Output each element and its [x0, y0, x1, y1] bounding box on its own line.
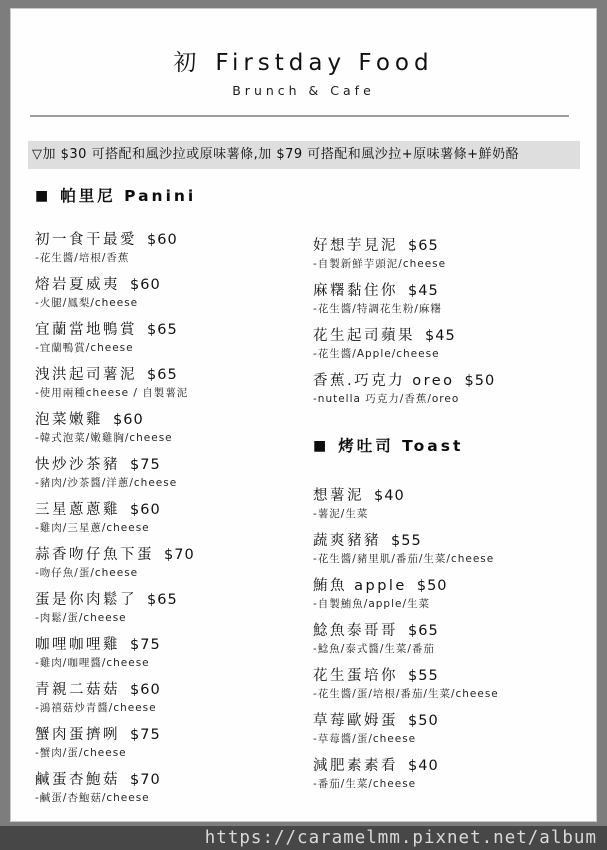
- header-divider: [30, 115, 569, 117]
- menu-item-name: 初一食干最愛: [35, 232, 137, 248]
- menu-item-name: 洩洪起司薯泥: [35, 367, 137, 383]
- menu-item-ingredients: -番茄/生菜/cheese: [313, 778, 597, 790]
- menu-item-price: $75: [130, 637, 161, 653]
- menu-item-ingredients: -豬肉/沙茶醬/洋蔥/cheese: [35, 477, 303, 489]
- menu-item-name: 青親二菇菇: [35, 682, 120, 698]
- menu-item-name: 好想芋見泥: [313, 238, 398, 254]
- menu-item-name-line: 泡菜嫩雞$60: [35, 412, 303, 428]
- menu-item-name-line: 好想芋見泥$65: [313, 238, 597, 254]
- shop-title-zh: 初: [173, 50, 201, 76]
- menu-columns: ■帕里尼 Panini 初一食干最愛$60 -花生醬/培根/香蕉 熔岩夏威夷$6…: [10, 185, 597, 817]
- menu-item-ingredients: -鹹蛋/杏鮑菇/cheese: [35, 792, 303, 804]
- menu-item-name-line: 蔬爽豬豬$55: [313, 533, 597, 549]
- menu-item-name-line: 鮪魚 apple$50: [313, 578, 597, 594]
- square-bullet-icon: ■: [313, 438, 329, 454]
- menu-item: 泡菜嫩雞$60 -韓式泡菜/嫩雞胸/cheese: [35, 412, 303, 444]
- menu-item-name: 快炒沙茶豬: [35, 457, 120, 473]
- menu-item: 洩洪起司薯泥$65 -使用兩種cheese / 自製薯泥: [35, 367, 303, 399]
- menu-item-name-line: 蟹肉蛋擠咧$75: [35, 727, 303, 743]
- menu-item-name: 鮪魚 apple: [313, 578, 407, 594]
- menu-item-price: $75: [130, 457, 161, 473]
- menu-item-name: 麻糬黏住你: [313, 283, 398, 299]
- menu-item: 三星蔥蔥雞$60 -雞肉/三星蔥/cheese: [35, 502, 303, 534]
- section-title-toast: ■烤吐司 Toast: [313, 435, 597, 458]
- menu-item-name: 想薯泥: [313, 488, 364, 504]
- menu-item: 香蕉.巧克力 oreo$50 -nutella 巧克力/香蕉/oreo: [313, 373, 597, 405]
- menu-item-ingredients: -薯泥/生菜: [313, 508, 597, 520]
- menu-item-ingredients: -雞肉/三星蔥/cheese: [35, 522, 303, 534]
- menu-item: 宜蘭當地鴨賞$65 -宜蘭鴨賞/cheese: [35, 322, 303, 354]
- menu-item: 花生蛋培你$55 -花生醬/蛋/培根/番茄/生菜/cheese: [313, 668, 597, 700]
- menu-item-price: $40: [408, 758, 439, 774]
- menu-page: 初Firstday Food Brunch & Cafe ▽加 $30 可搭配和…: [10, 8, 597, 822]
- menu-item-name: 花生起司蘋果: [313, 328, 415, 344]
- shop-title: 初Firstday Food: [10, 48, 597, 78]
- menu-item-name-line: 鯰魚泰哥哥$65: [313, 623, 597, 639]
- menu-item-name-line: 青親二菇菇$60: [35, 682, 303, 698]
- shop-subtitle: Brunch & Cafe: [10, 83, 597, 99]
- menu-item: 想薯泥$40 -薯泥/生菜: [313, 488, 597, 520]
- menu-item-price: $60: [130, 502, 161, 518]
- menu-item-name-line: 草莓歐姆蛋$50: [313, 713, 597, 729]
- section-title-toast-label: 烤吐司 Toast: [338, 437, 463, 455]
- menu-item-price: $60: [130, 277, 161, 293]
- menu-item: 快炒沙茶豬$75 -豬肉/沙茶醬/洋蔥/cheese: [35, 457, 303, 489]
- menu-item-price: $65: [408, 238, 439, 254]
- menu-item-ingredients: -雞肉/咖哩醬/cheese: [35, 657, 303, 669]
- menu-item-price: $70: [164, 547, 195, 563]
- menu-item-ingredients: -花生醬/培根/香蕉: [35, 252, 303, 264]
- menu-item-ingredients: -花生醬/豬里肌/番茄/生菜/cheese: [313, 553, 597, 565]
- menu-item-name-line: 蛋是你肉鬆了$65: [35, 592, 303, 608]
- menu-item-ingredients: -肉鬆/蛋/cheese: [35, 612, 303, 624]
- menu-item-name: 鯰魚泰哥哥: [313, 623, 398, 639]
- menu-item-name-line: 花生起司蘋果$45: [313, 328, 597, 344]
- menu-item: 熔岩夏威夷$60 -火腿/鳳梨/cheese: [35, 277, 303, 309]
- watermark-url: https://caramelmm.pixnet.net/album: [205, 828, 607, 848]
- menu-item-name: 宜蘭當地鴨賞: [35, 322, 137, 338]
- menu-item-ingredients: -nutella 巧克力/香蕉/oreo: [313, 393, 597, 405]
- menu-item-name-line: 三星蔥蔥雞$60: [35, 502, 303, 518]
- menu-item-name: 咖哩咖哩雞: [35, 637, 120, 653]
- menu-item-ingredients: -草莓醬/蛋/cheese: [313, 733, 597, 745]
- menu-item-ingredients: -自製新鮮芋頭泥/cheese: [313, 258, 597, 270]
- menu-item-ingredients: -花生醬/特調花生粉/麻糬: [313, 303, 597, 315]
- menu-item-name-line: 花生蛋培你$55: [313, 668, 597, 684]
- menu-item-name-line: 初一食干最愛$60: [35, 232, 303, 248]
- promo-note-banner: ▽加 $30 可搭配和風沙拉或原味薯條,加 $79 可搭配和風沙拉+原味薯條+鮮…: [28, 141, 580, 169]
- section-title-panini: ■帕里尼 Panini: [35, 185, 303, 208]
- menu-item-name: 蛋是你肉鬆了: [35, 592, 137, 608]
- menu-item-name: 蔬爽豬豬: [313, 533, 381, 549]
- menu-item: 好想芋見泥$65 -自製新鮮芋頭泥/cheese: [313, 238, 597, 270]
- menu-item-name: 泡菜嫩雞: [35, 412, 103, 428]
- menu-item: 鹹蛋杏鮑菇$70 -鹹蛋/杏鮑菇/cheese: [35, 772, 303, 804]
- menu-item-name: 蒜香吻仔魚下蛋: [35, 547, 154, 563]
- menu-item-price: $65: [147, 322, 178, 338]
- menu-item: 花生起司蘋果$45 -花生醬/Apple/cheese: [313, 328, 597, 360]
- menu-item: 蟹肉蛋擠咧$75 -蟹肉/蛋/cheese: [35, 727, 303, 759]
- left-column: ■帕里尼 Panini 初一食干最愛$60 -花生醬/培根/香蕉 熔岩夏威夷$6…: [10, 185, 303, 817]
- menu-item: 咖哩咖哩雞$75 -雞肉/咖哩醬/cheese: [35, 637, 303, 669]
- menu-item-price: $50: [408, 713, 439, 729]
- menu-item-ingredients: -韓式泡菜/嫩雞胸/cheese: [35, 432, 303, 444]
- menu-item-ingredients: -鴻禧菇炒青醬/cheese: [35, 702, 303, 714]
- promo-note-text: ▽加 $30 可搭配和風沙拉或原味薯條,加 $79 可搭配和風沙拉+原味薯條+鮮…: [32, 147, 519, 162]
- panini-items-left: 初一食干最愛$60 -花生醬/培根/香蕉 熔岩夏威夷$60 -火腿/鳳梨/che…: [35, 232, 303, 804]
- menu-item-price: $70: [130, 772, 161, 788]
- menu-item-price: $45: [425, 328, 456, 344]
- menu-item-name-line: 蒜香吻仔魚下蛋$70: [35, 547, 303, 563]
- menu-item-ingredients: -蟹肉/蛋/cheese: [35, 747, 303, 759]
- photo-frame: 初Firstday Food Brunch & Cafe ▽加 $30 可搭配和…: [0, 0, 607, 850]
- menu-item-name: 減肥素素看: [313, 758, 398, 774]
- menu-item-price: $55: [391, 533, 422, 549]
- menu-item-name-line: 熔岩夏威夷$60: [35, 277, 303, 293]
- menu-item-name-line: 想薯泥$40: [313, 488, 597, 504]
- menu-item-name-line: 快炒沙茶豬$75: [35, 457, 303, 473]
- menu-item-price: $60: [130, 682, 161, 698]
- section-title-panini-label: 帕里尼 Panini: [60, 187, 196, 205]
- shop-title-en: Firstday Food: [215, 50, 433, 76]
- menu-item: 麻糬黏住你$45 -花生醬/特調花生粉/麻糬: [313, 283, 597, 315]
- watermark-bar: https://caramelmm.pixnet.net/album: [0, 826, 607, 850]
- menu-item-name-line: 香蕉.巧克力 oreo$50: [313, 373, 597, 389]
- menu-item-price: $50: [465, 373, 496, 389]
- menu-item: 蒜香吻仔魚下蛋$70 -吻仔魚/蛋/cheese: [35, 547, 303, 579]
- menu-item-price: $45: [408, 283, 439, 299]
- menu-item-name: 草莓歐姆蛋: [313, 713, 398, 729]
- menu-item-price: $50: [417, 578, 448, 594]
- menu-item-ingredients: -宜蘭鴨賞/cheese: [35, 342, 303, 354]
- menu-item-price: $55: [408, 668, 439, 684]
- menu-item-price: $65: [408, 623, 439, 639]
- menu-item-price: $60: [147, 232, 178, 248]
- menu-item-price: $65: [147, 367, 178, 383]
- menu-item-price: $60: [113, 412, 144, 428]
- menu-item-name-line: 咖哩咖哩雞$75: [35, 637, 303, 653]
- menu-item: 蛋是你肉鬆了$65 -肉鬆/蛋/cheese: [35, 592, 303, 624]
- menu-item-name: 熔岩夏威夷: [35, 277, 120, 293]
- menu-item-ingredients: -火腿/鳳梨/cheese: [35, 297, 303, 309]
- menu-item-ingredients: -使用兩種cheese / 自製薯泥: [35, 387, 303, 399]
- menu-item-name: 香蕉.巧克力 oreo: [313, 373, 455, 389]
- menu-item: 草莓歐姆蛋$50 -草莓醬/蛋/cheese: [313, 713, 597, 745]
- menu-item-name-line: 麻糬黏住你$45: [313, 283, 597, 299]
- menu-item-ingredients: -吻仔魚/蛋/cheese: [35, 567, 303, 579]
- right-column: 好想芋見泥$65 -自製新鮮芋頭泥/cheese 麻糬黏住你$45 -花生醬/特…: [303, 185, 597, 817]
- menu-item-name: 三星蔥蔥雞: [35, 502, 120, 518]
- menu-item-price: $65: [147, 592, 178, 608]
- menu-item-name-line: 減肥素素看$40: [313, 758, 597, 774]
- panini-items-right: 好想芋見泥$65 -自製新鮮芋頭泥/cheese 麻糬黏住你$45 -花生醬/特…: [313, 238, 597, 405]
- menu-item-ingredients: -自製鮪魚/apple/生菜: [313, 598, 597, 610]
- menu-item-name: 鹹蛋杏鮑菇: [35, 772, 120, 788]
- menu-item-price: $75: [130, 727, 161, 743]
- square-bullet-icon: ■: [35, 188, 51, 204]
- menu-item-name-line: 洩洪起司薯泥$65: [35, 367, 303, 383]
- menu-item: 減肥素素看$40 -番茄/生菜/cheese: [313, 758, 597, 790]
- menu-item: 蔬爽豬豬$55 -花生醬/豬里肌/番茄/生菜/cheese: [313, 533, 597, 565]
- menu-item-name-line: 宜蘭當地鴨賞$65: [35, 322, 303, 338]
- menu-item: 鯰魚泰哥哥$65 -鯰魚/泰式醬/生菜/番茄: [313, 623, 597, 655]
- menu-item-ingredients: -花生醬/蛋/培根/番茄/生菜/cheese: [313, 688, 597, 700]
- menu-item-name: 蟹肉蛋擠咧: [35, 727, 120, 743]
- menu-item-price: $40: [374, 488, 405, 504]
- menu-item: 鮪魚 apple$50 -自製鮪魚/apple/生菜: [313, 578, 597, 610]
- menu-item-ingredients: -鯰魚/泰式醬/生菜/番茄: [313, 643, 597, 655]
- toast-items: 想薯泥$40 -薯泥/生菜 蔬爽豬豬$55 -花生醬/豬里肌/番茄/生菜/che…: [313, 488, 597, 790]
- menu-item: 青親二菇菇$60 -鴻禧菇炒青醬/cheese: [35, 682, 303, 714]
- menu-item: 初一食干最愛$60 -花生醬/培根/香蕉: [35, 232, 303, 264]
- menu-item-name-line: 鹹蛋杏鮑菇$70: [35, 772, 303, 788]
- menu-item-name: 花生蛋培你: [313, 668, 398, 684]
- menu-item-ingredients: -花生醬/Apple/cheese: [313, 348, 597, 360]
- menu-header: 初Firstday Food Brunch & Cafe: [10, 48, 597, 117]
